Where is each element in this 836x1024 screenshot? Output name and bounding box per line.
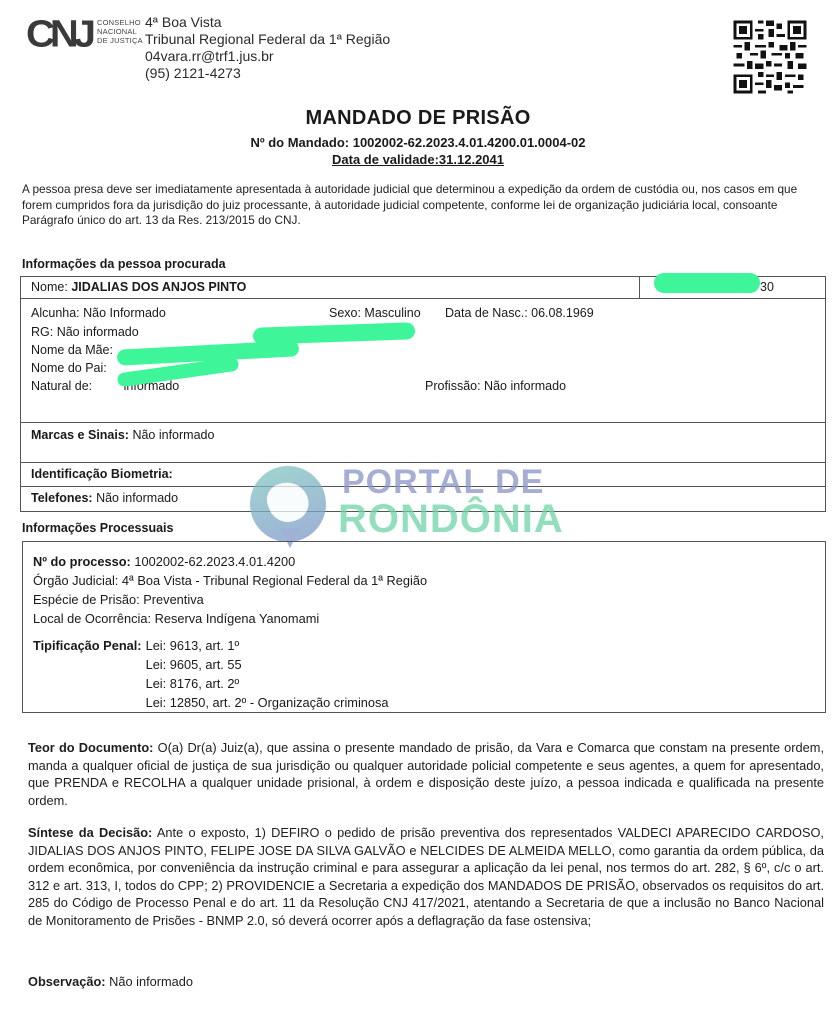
rg: RG: Não informado <box>31 324 139 342</box>
mother-name-label: Nome da Mãe: <box>31 342 113 360</box>
local-ocorrencia: Local de Ocorrência: Reserva Indígena Ya… <box>33 609 815 628</box>
cnj-logo-text: Conselho Nacional de Justiça <box>97 18 143 45</box>
sintese-decisao: Síntese da Decisão: Ante o exposto, 1) D… <box>28 824 824 929</box>
court-email: 04vara.rr@trf1.jus.br <box>145 48 390 65</box>
sexo: Sexo: Masculino <box>329 305 421 323</box>
tipificacao-item: Lei: 9613, art. 1º <box>146 636 389 655</box>
id-visible-suffix: 30 <box>760 277 774 298</box>
title-block: MANDADO DE PRISÃO Nº do Mandado: 1002002… <box>0 107 836 167</box>
process-info-box: Nº do processo: 1002002-62.2023.4.01.420… <box>22 541 826 713</box>
document-title: MANDADO DE PRISÃO <box>0 107 836 130</box>
biometria: Identificação Biometria: <box>21 463 825 487</box>
alcunha: Alcunha: Não Informado <box>31 305 166 323</box>
especie-prisao: Espécie de Prisão: Preventiva <box>33 590 815 609</box>
id-cell: 30 <box>639 277 825 298</box>
teor-documento: Teor do Documento: O(a) Dr(a) Juiz(a), q… <box>28 739 824 809</box>
observacao: Observação: Não informado <box>28 973 824 991</box>
orgao-judicial: Órgão Judicial: 4ª Boa Vista - Tribunal … <box>33 571 815 590</box>
redaction-mark <box>654 273 760 293</box>
person-section-title: Informações da pessoa procurada <box>22 257 226 271</box>
court-tribunal: Tribunal Regional Federal da 1ª Região <box>145 31 390 48</box>
name-label: Nome: <box>31 280 68 294</box>
father-name-label: Nome do Pai: <box>31 360 107 378</box>
validity-date: Data de validade:31.12.2041 <box>0 152 836 167</box>
tipificacao-item: Lei: 12850, art. 2º - Organização crimin… <box>146 693 389 712</box>
tipificacao-penal: Tipificação Penal: Lei: 9613, art. 1º Le… <box>33 636 815 712</box>
qr-code-icon <box>731 18 809 96</box>
tipificacao-item: Lei: 9605, art. 55 <box>146 655 389 674</box>
mandado-number: Nº do Mandado: 1002002-62.2023.4.01.4200… <box>0 135 836 150</box>
tipificacao-list: Lei: 9613, art. 1º Lei: 9605, art. 55 Le… <box>146 636 389 712</box>
name-row: Nome: JIDALIAS DOS ANJOS PINTO 30 <box>21 277 825 299</box>
profissao: Profissão: Não informado <box>425 378 566 396</box>
processo-number: Nº do processo: 1002002-62.2023.4.01.420… <box>33 552 815 571</box>
tipificacao-item: Lei: 8176, art. 2º <box>146 674 389 693</box>
court-info: 4ª Boa Vista Tribunal Regional Federal d… <box>145 14 390 82</box>
court-vara: 4ª Boa Vista <box>145 14 390 31</box>
cnj-logo: CNJ Conselho Nacional de Justiça <box>26 16 143 52</box>
process-section-title: Informações Processuais <box>22 521 173 535</box>
court-phone: (95) 2121-4273 <box>145 65 390 82</box>
intro-paragraph: A pessoa presa deve ser imediatamente ap… <box>22 182 812 229</box>
marcas-sinais: Marcas e Sinais: Não informado <box>21 423 825 463</box>
person-details: Alcunha: Não Informado Sexo: Masculino D… <box>21 299 825 423</box>
document-header: CNJ Conselho Nacional de Justiça 4ª Boa … <box>24 14 814 104</box>
name-cell: Nome: JIDALIAS DOS ANJOS PINTO <box>21 277 639 298</box>
person-info-box: Nome: JIDALIAS DOS ANJOS PINTO 30 Alcunh… <box>20 276 826 512</box>
cnj-logo-mark: CNJ <box>26 17 91 51</box>
birth-date: Data de Nasc.: 06.08.1969 <box>445 305 594 323</box>
name-value: JIDALIAS DOS ANJOS PINTO <box>71 280 246 294</box>
telefones: Telefones: Não informado <box>21 487 825 511</box>
